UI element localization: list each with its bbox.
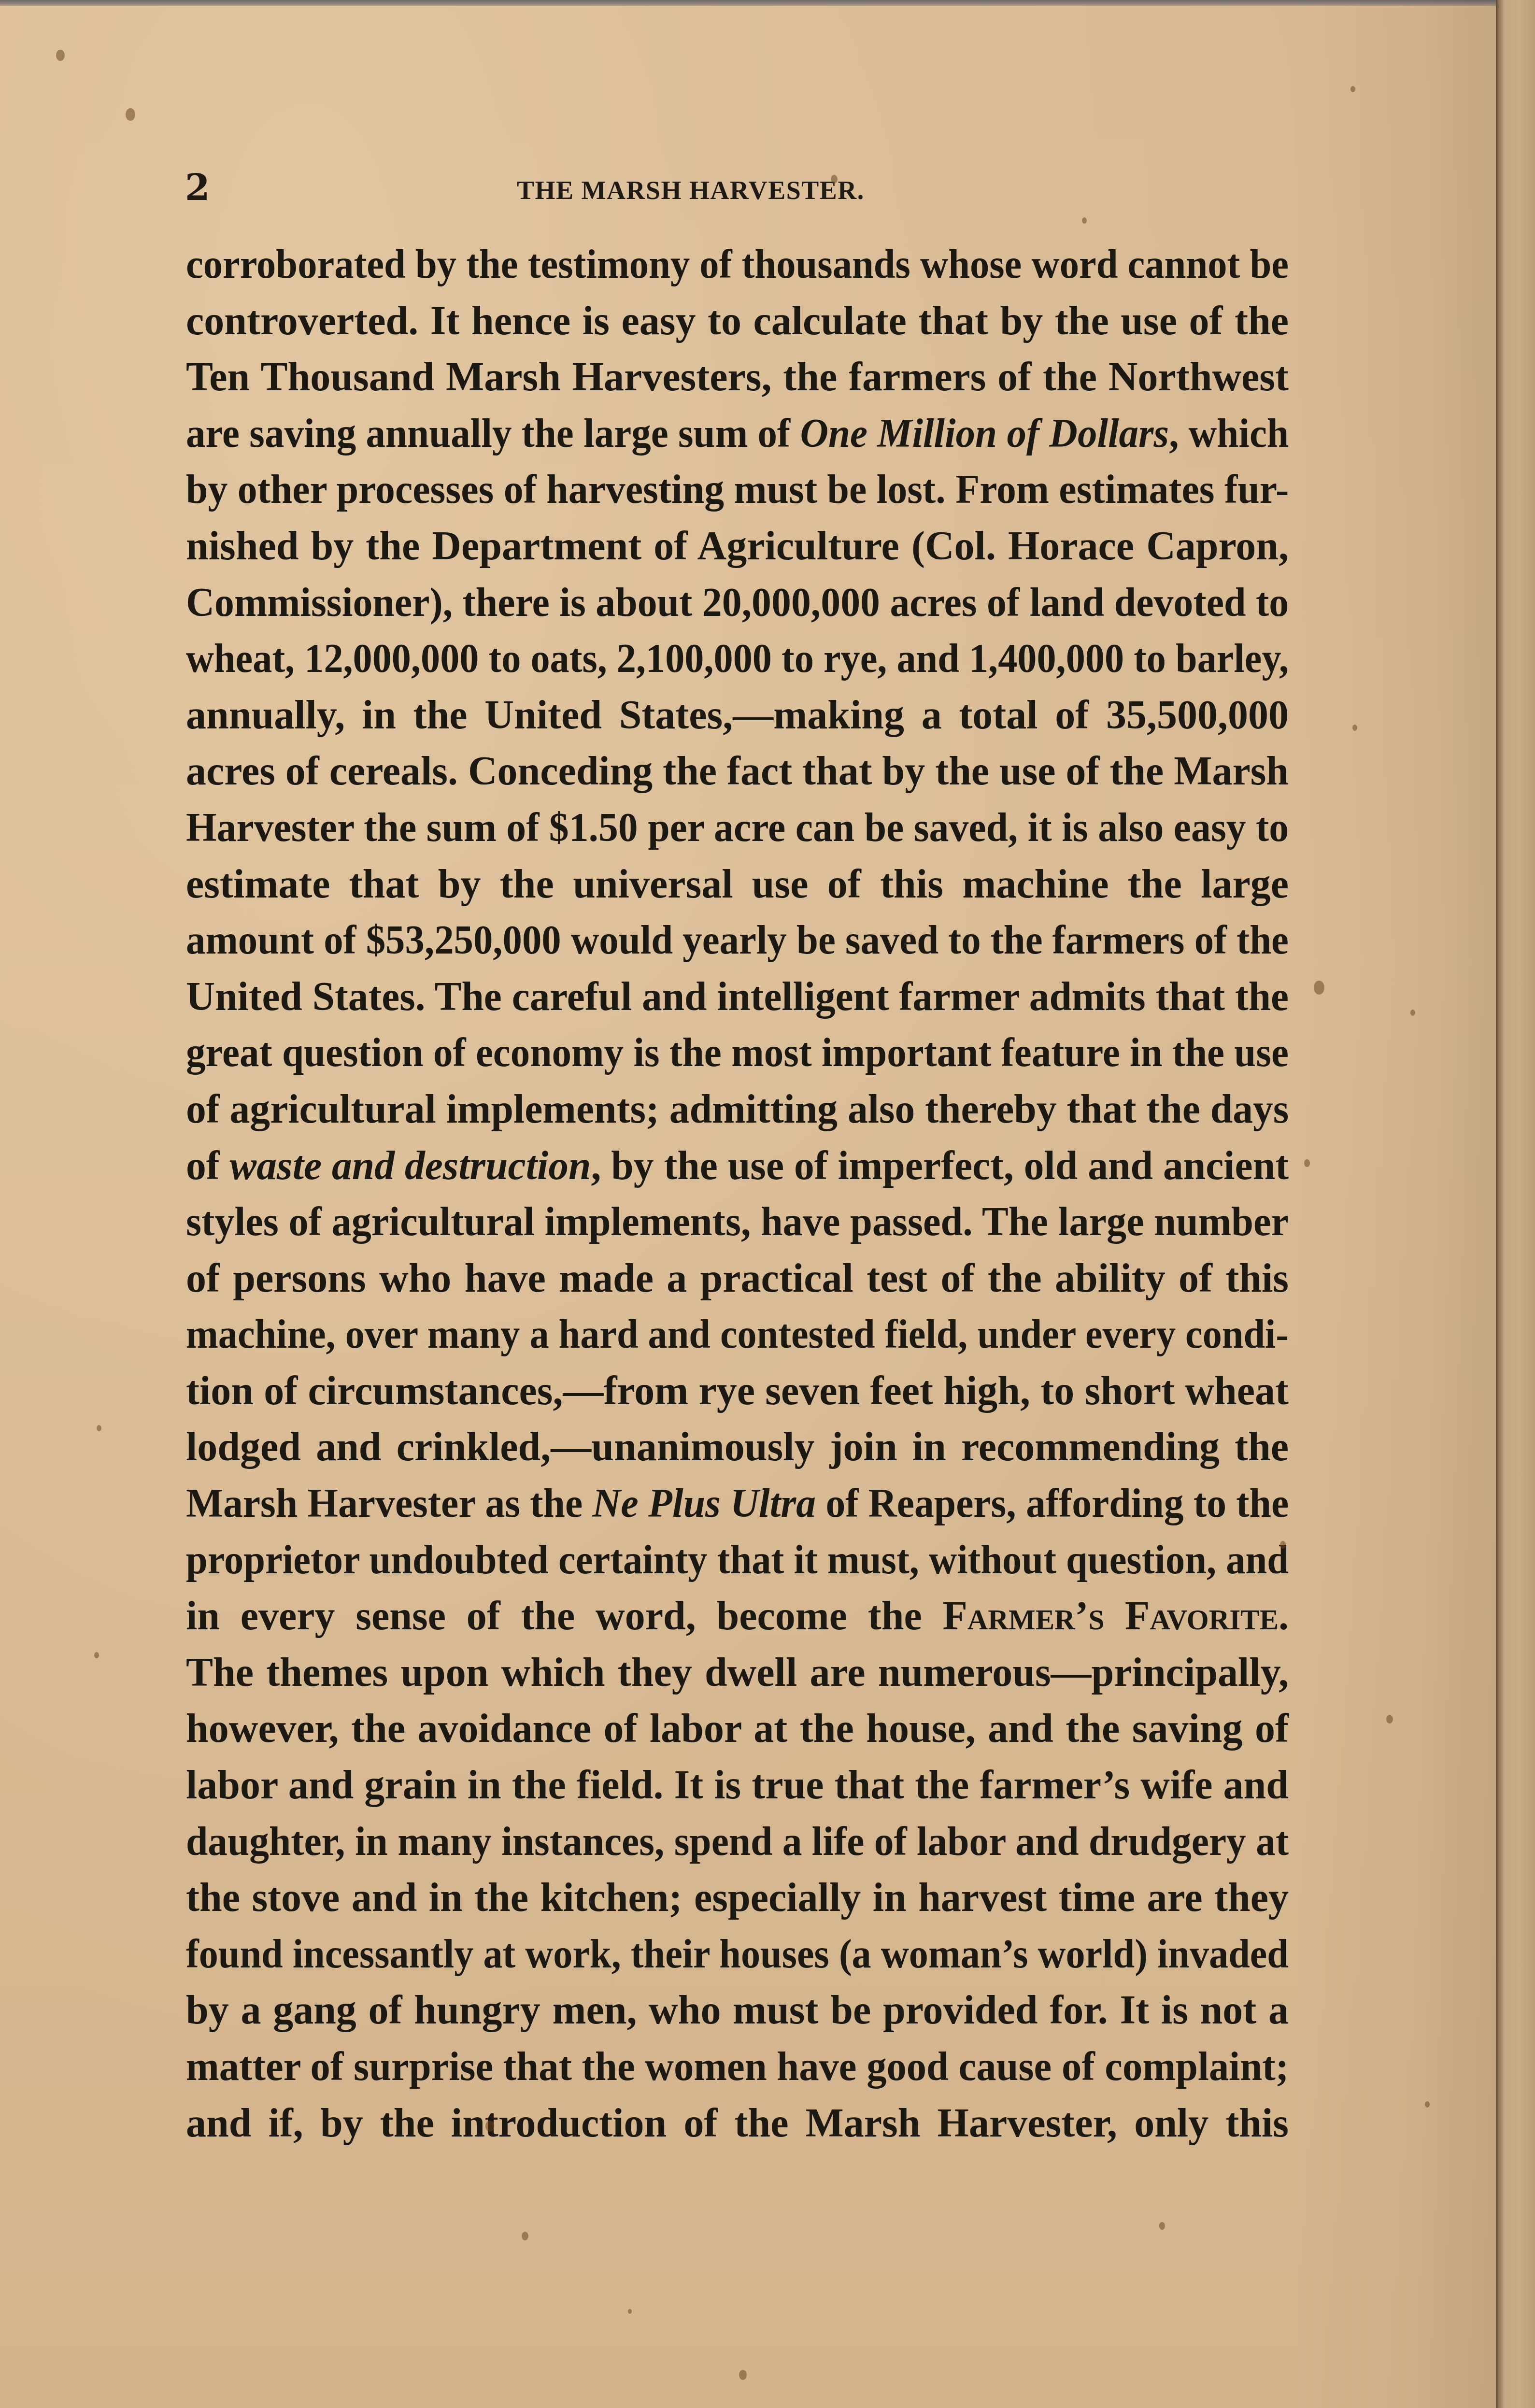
text-run: . [1279,1594,1289,1639]
text-run: are saving annually the large sum of [186,411,800,456]
text-line: daughter, in many instances, spend a lif… [186,1814,1289,1870]
text-line: found incessantly at work, their houses … [186,1926,1289,1983]
text-run: great question of economy is the most im… [186,1030,1289,1075]
text-run: controverted. It hence is easy to calcul… [186,299,1289,343]
foxing-speck [1304,1159,1310,1167]
text-run: proprietor undoubted certainty that it m… [186,1538,1289,1582]
foxing-speck [1425,2101,1430,2108]
foxing-speck [628,2309,632,2314]
text-line: The themes upon which they dwell are num… [186,1645,1289,1701]
text-run: United States. The careful and intellige… [186,974,1289,1019]
scanned-page: 2 THE MARSH HARVESTER. corroborated by t… [0,0,1535,2408]
foxing-speck [831,175,838,184]
text-line: corroborated by the testimony of thousan… [186,237,1289,293]
text-run: daughter, in many instances, spend a lif… [186,1819,1289,1864]
text-italic: Ne Plus Ultra [593,1481,816,1526]
text-line: of persons who have made a practical tes… [186,1251,1289,1307]
text-line: Marsh Harvester as the Ne Plus Ultra of … [186,1476,1289,1532]
text-line: amount of $53,250,000 would yearly be sa… [186,912,1289,969]
text-line: great question of economy is the most im… [186,1025,1289,1082]
text-run: lodged and crinkled,—unanimously join in… [186,1425,1289,1469]
text-italic: waste and destruction [230,1143,591,1188]
foxing-speck [1280,1541,1286,1549]
text-line: Ten Thousand Marsh Harvesters, the farme… [186,349,1289,406]
text-line: Commissioner), there is about 20,000,000… [186,575,1289,631]
foxing-speck [1159,2222,1165,2230]
text-run: tion of circumstances,—from rye seven fe… [186,1368,1289,1413]
text-run: the stove and in the kitchen; especially… [186,1875,1289,1920]
text-run: The themes upon which they dwell are num… [186,1650,1289,1695]
text-run: styles of agricultural implements, have … [186,1199,1289,1244]
foxing-speck [522,2232,528,2240]
foxing-speck [739,2370,747,2380]
text-line: however, the avoidance of labor at the h… [186,1701,1289,1757]
text-run: , by the use of imperfect, old and ancie… [591,1143,1289,1188]
text-run: however, the avoidance of labor at the h… [186,1706,1289,1751]
text-line: Harvester the sum of $1.50 per acre can … [186,800,1289,856]
text-run: found incessantly at work, their houses … [186,1932,1289,1977]
text-line: matter of surprise that the women have g… [186,2039,1289,2095]
text-line: controverted. It hence is easy to calcul… [186,293,1289,350]
running-head: THE MARSH HARVESTER. [517,177,735,203]
text-run: by other processes of harvesting must be… [186,467,1289,512]
text-line: wheat, 12,000,000 to oats, 2,100,000 to … [186,631,1289,687]
text-line: United States. The careful and intellige… [186,969,1289,1026]
text-run: Ten Thousand Marsh Harvesters, the farme… [186,355,1289,399]
body-text: corroborated by the testimony of thousan… [186,237,1289,2152]
text-run: of Reapers, affording to the [816,1481,1289,1526]
text-line: machine, over many a hard and contested … [186,1307,1289,1363]
foxing-speck [1082,217,1087,224]
text-line: labor and grain in the field. It is true… [186,1757,1289,1814]
text-run: annually, in the United States,—making a… [186,693,1289,738]
foxing-speck [56,50,65,61]
text-italic: One Million of Dollars [800,411,1169,456]
text-run: of agricultural implements; admitting al… [186,1087,1289,1132]
text-line: annually, in the United States,—making a… [186,687,1289,744]
text-line: are saving annually the large sum of One… [186,406,1289,462]
text-run: corroborated by the testimony of thousan… [186,242,1289,287]
text-run: acres of cereals. Conceding the fact tha… [186,749,1289,794]
text-run: labor and grain in the field. It is true… [186,1763,1289,1808]
foxing-speck [97,1425,101,1431]
gutter-shadow [1293,0,1496,2408]
foxing-speck [94,1652,99,1658]
text-run: estimate that by the universal use of th… [186,862,1289,907]
text-line: estimate that by the universal use of th… [186,856,1289,913]
text-run: machine, over many a hard and contested … [186,1312,1289,1357]
text-run: Harvester the sum of $1.50 per acre can … [186,805,1289,850]
foxing-speck [1386,1715,1393,1724]
text-run: of [186,1143,230,1188]
text-run: Commissioner), there is about 20,000,000… [186,580,1289,625]
text-line: by a gang of hungry men, who must be pro… [186,1982,1289,2039]
text-line: by other processes of harvesting must be… [186,462,1289,518]
text-line: in every sense of the word, become the F… [186,1588,1289,1645]
foxing-speck [1314,981,1324,995]
adjacent-page-edge [1496,0,1535,2408]
text-run: amount of $53,250,000 would yearly be sa… [186,918,1289,963]
text-line: acres of cereals. Conceding the fact tha… [186,743,1289,800]
text-line: proprietor undoubted certainty that it m… [186,1532,1289,1589]
text-run: in every sense of the word, become the [186,1594,942,1639]
text-line: the stove and in the kitchen; especially… [186,1870,1289,1926]
text-run: of persons who have made a practical tes… [186,1256,1289,1301]
text-run: by a gang of hungry men, who must be pro… [186,1988,1289,2033]
text-smallcaps: Farmer’s Favorite [942,1594,1279,1639]
text-run: , which [1169,411,1289,456]
text-line: tion of circumstances,—from rye seven fe… [186,1363,1289,1420]
text-run: matter of surprise that the women have g… [186,2044,1289,2089]
foxing-speck [1410,1010,1415,1016]
text-run: wheat, 12,000,000 to oats, 2,100,000 to … [186,636,1289,681]
text-line: and if, by the introduction of the Marsh… [186,2095,1289,2152]
foxing-speck [1350,86,1355,92]
text-run: Marsh Harvester as the [186,1481,593,1526]
page-number: 2 [185,170,210,206]
text-line: styles of agricultural implements, have … [186,1194,1289,1251]
text-line: of agricultural implements; admitting al… [186,1082,1289,1138]
text-run: nished by the Department of Agriculture … [186,524,1289,569]
text-line: of waste and destruction, by the use of … [186,1138,1289,1195]
foxing-speck [1352,725,1357,731]
foxing-speck [126,108,135,121]
text-line: nished by the Department of Agriculture … [186,518,1289,575]
text-line: lodged and crinkled,—unanimously join in… [186,1419,1289,1476]
text-run: and if, by the introduction of the Marsh… [186,2101,1289,2146]
